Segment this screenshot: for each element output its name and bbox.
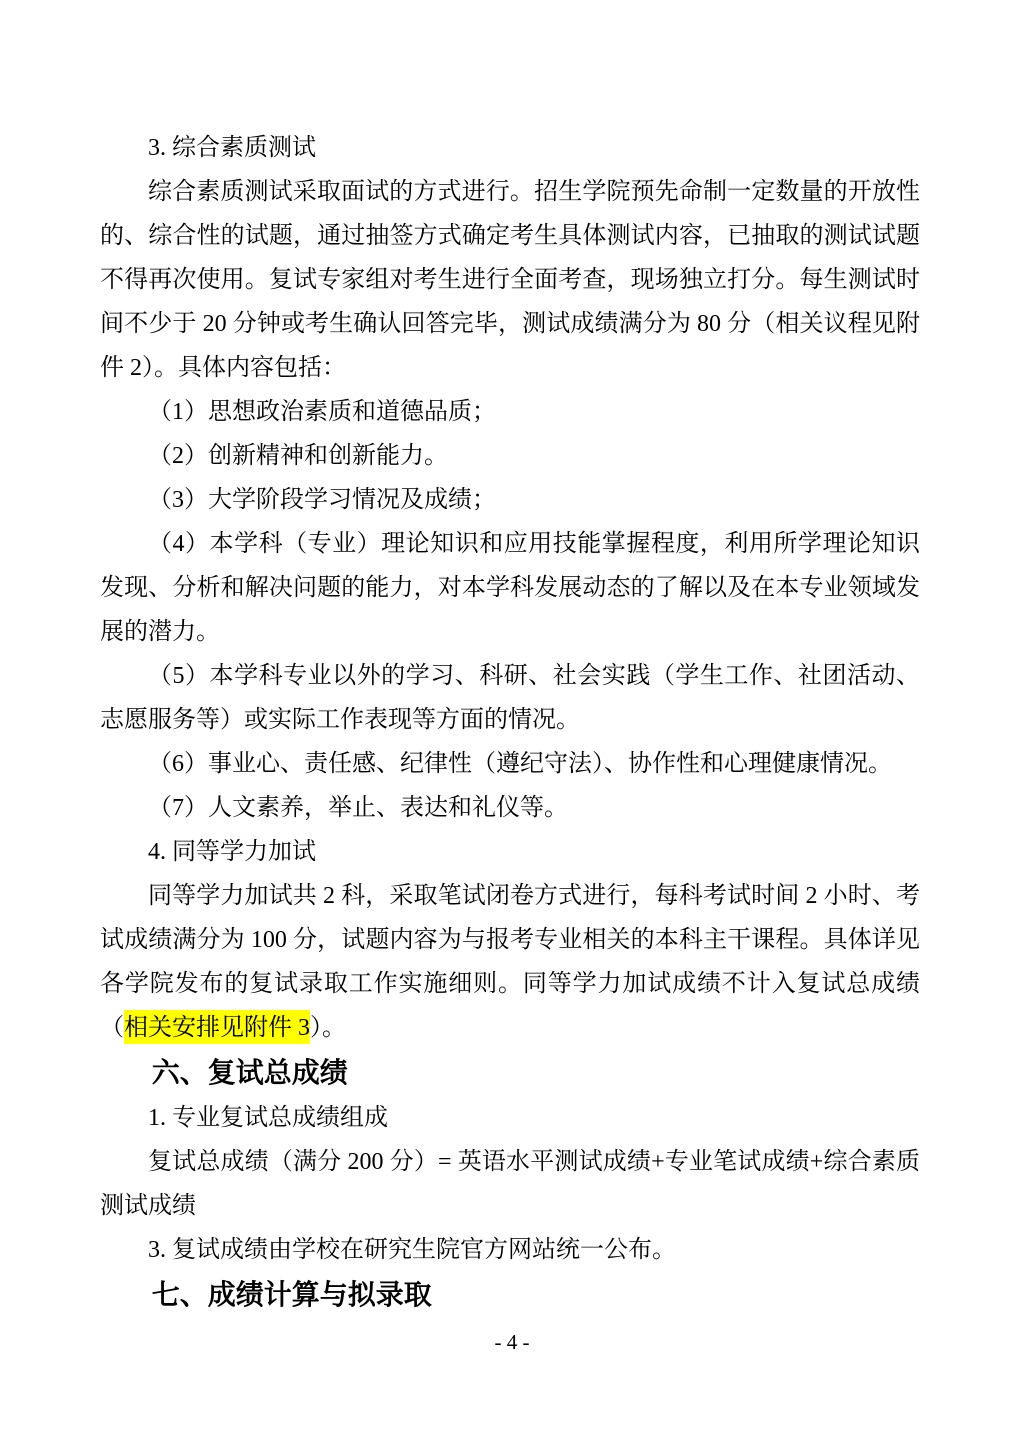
list-item: （5）本学科专业以外的学习、科研、社会实践（学生工作、社团活动、志愿服务等）或实… — [100, 654, 920, 742]
section-heading-seven: 七、成绩计算与拟录取 — [100, 1272, 920, 1318]
list-item: （1）思想政治素质和道德品质； — [100, 390, 920, 434]
footer-page-number: - 4 - — [0, 1328, 1024, 1356]
paragraph: 1. 专业复试总成绩组成 — [100, 1096, 920, 1140]
document-body: 3. 综合素质测试 综合素质测试采取面试的方式进行。招生学院预先命制一定数量的开… — [100, 126, 920, 1318]
list-item: （6）事业心、责任感、纪律性（遵纪守法）、协作性和心理健康情况。 — [100, 742, 920, 786]
paragraph-with-highlight: 同等学力加试共 2 科，采取笔试闭卷方式进行，每科考试时间 2 小时、考试成绩满… — [100, 874, 920, 1050]
paragraph: 综合素质测试采取面试的方式进行。招生学院预先命制一定数量的开放性的、综合性的试题… — [100, 170, 920, 390]
paragraph-formula: 复试总成绩（满分 200 分）= 英语水平测试成绩+专业笔试成绩+综合素质测试成… — [100, 1140, 920, 1228]
section-heading-six: 六、复试总成绩 — [100, 1050, 920, 1096]
list-item: （7）人文素养，举止、表达和礼仪等。 — [100, 786, 920, 830]
list-item: （2）创新精神和创新能力。 — [100, 434, 920, 478]
list-item: （3）大学阶段学习情况及成绩； — [100, 478, 920, 522]
paragraph: 3. 复试成绩由学校在研究生院官方网站统一公布。 — [100, 1228, 920, 1272]
document-page: 3. 综合素质测试 综合素质测试采取面试的方式进行。招生学院预先命制一定数量的开… — [0, 0, 1024, 1448]
paragraph-text-after-highlight: ）。 — [310, 1015, 346, 1041]
paragraph-subsection-3-title: 3. 综合素质测试 — [100, 126, 920, 170]
list-item: （4）本学科（专业）理论知识和应用技能掌握程度，利用所学理论知识发现、分析和解决… — [100, 522, 920, 654]
paragraph-subsection-4-title: 4. 同等学力加试 — [100, 830, 920, 874]
highlight-mark: 相关安排见附件 3 — [124, 1010, 310, 1044]
